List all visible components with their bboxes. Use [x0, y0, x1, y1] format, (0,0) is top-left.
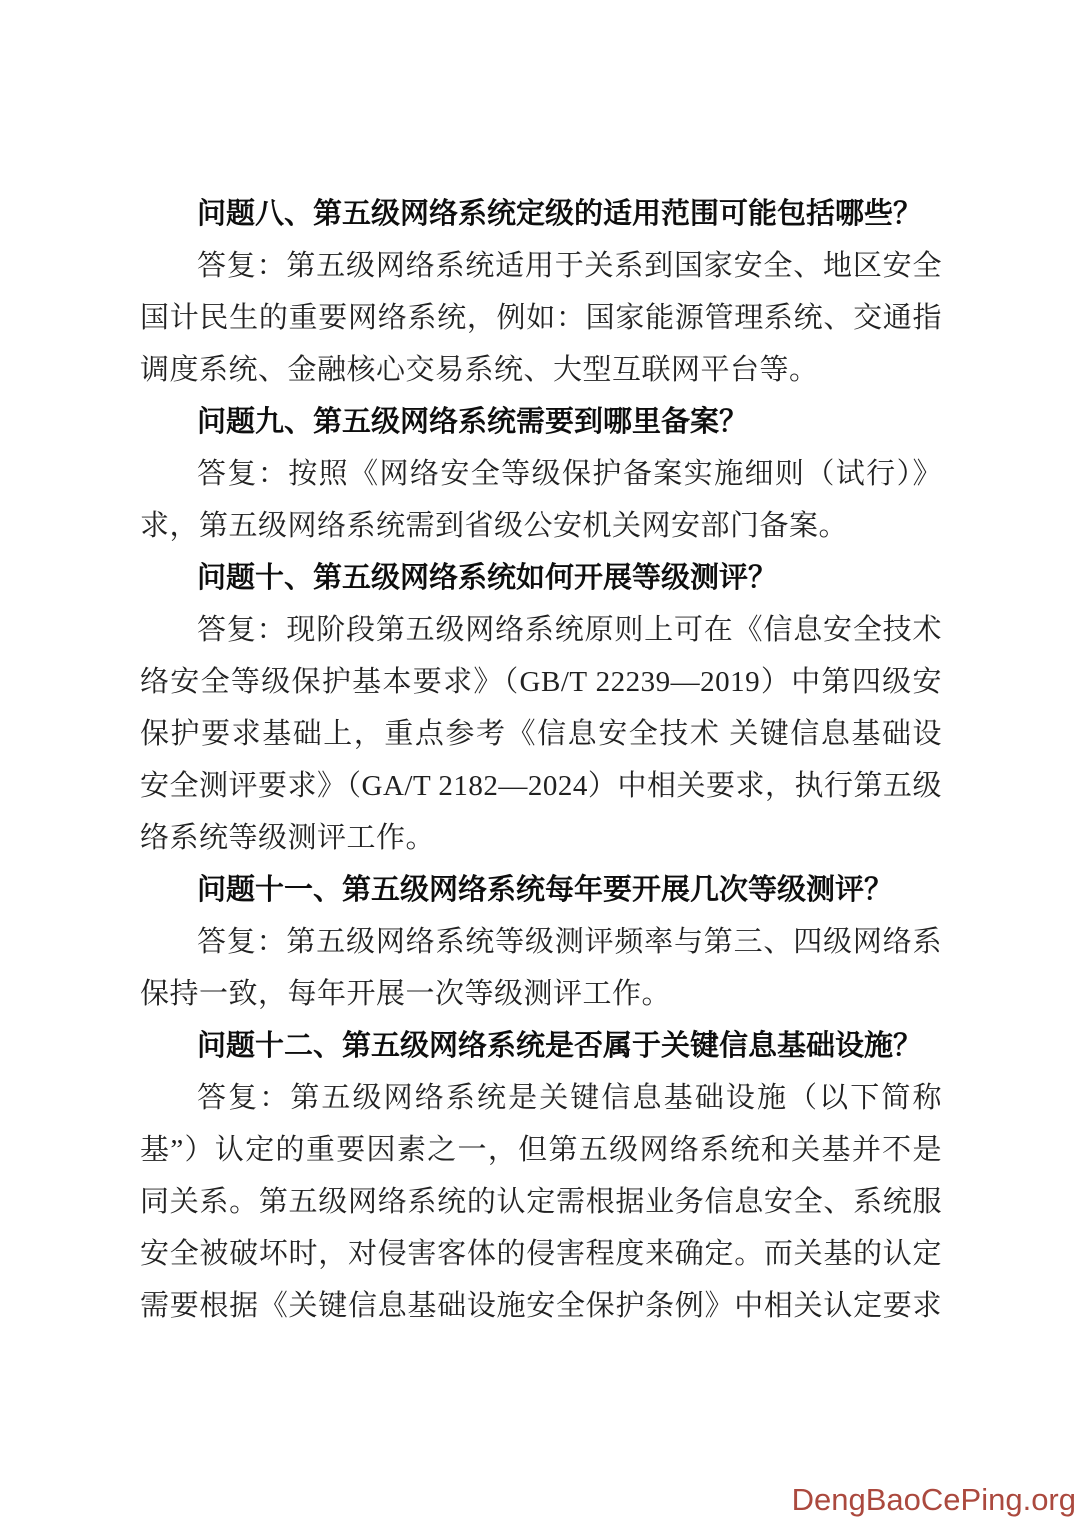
- answer-12-line: 安全被破坏时，对侵害客体的侵害程度来确定。而关基的认定则: [140, 1228, 942, 1280]
- answer-9-line: 答复：按照《网络安全等级保护备案实施细则（试行）》要: [140, 448, 942, 500]
- answer-8-line: 答复：第五级网络系统适用于关系到国家安全、地区安全或: [140, 240, 942, 292]
- document-page: 问题八、第五级网络系统定级的适用范围可能包括哪些？ 答复：第五级网络系统适用于关…: [0, 0, 1080, 1527]
- answer-12-line: 基”）认定的重要因素之一，但第五级网络系统和关基并不是等: [140, 1124, 942, 1176]
- answer-10-line: 络安全等级保护基本要求》（GB/T 22239—2019）中第四级安全: [140, 656, 942, 708]
- watermark: DengBaoCePing.org: [792, 1482, 1076, 1518]
- question-12-heading: 问题十二、第五级网络系统是否属于关键信息基础设施？: [140, 1020, 942, 1072]
- answer-12-line: 需要根据《关键信息基础设施安全保护条例》中相关认定要求来: [140, 1280, 942, 1332]
- answer-11-line: 答复：第五级网络系统等级测评频率与第三、四级网络系统: [140, 916, 942, 968]
- answer-10-line: 络系统等级测评工作。: [140, 812, 942, 864]
- answer-12-line: 答复：第五级网络系统是关键信息基础设施（以下简称“关: [140, 1072, 942, 1124]
- answer-11-line: 保持一致，每年开展一次等级测评工作。: [140, 968, 942, 1020]
- answer-10-line: 保护要求基础上，重点参考《信息安全技术 关键信息基础设施: [140, 708, 942, 760]
- answer-8-line: 国计民生的重要网络系统，例如：国家能源管理系统、交通指挥: [140, 292, 942, 344]
- answer-12-line: 同关系。第五级网络系统的认定需根据业务信息安全、系统服务: [140, 1176, 942, 1228]
- question-9-heading: 问题九、第五级网络系统需要到哪里备案？: [140, 396, 942, 448]
- question-10-heading: 问题十、第五级网络系统如何开展等级测评？: [140, 552, 942, 604]
- answer-9-line: 求，第五级网络系统需到省级公安机关网安部门备案。: [140, 500, 942, 552]
- answer-8-line: 调度系统、金融核心交易系统、大型互联网平台等。: [140, 344, 942, 396]
- answer-10-line: 安全测评要求》（GA/T 2182—2024）中相关要求，执行第五级网: [140, 760, 942, 812]
- question-8-heading: 问题八、第五级网络系统定级的适用范围可能包括哪些？: [140, 188, 942, 240]
- answer-10-line: 答复：现阶段第五级网络系统原则上可在《信息安全技术 网: [140, 604, 942, 656]
- question-11-heading: 问题十一、第五级网络系统每年要开展几次等级测评？: [140, 864, 942, 916]
- document-content: 问题八、第五级网络系统定级的适用范围可能包括哪些？ 答复：第五级网络系统适用于关…: [140, 188, 942, 1332]
